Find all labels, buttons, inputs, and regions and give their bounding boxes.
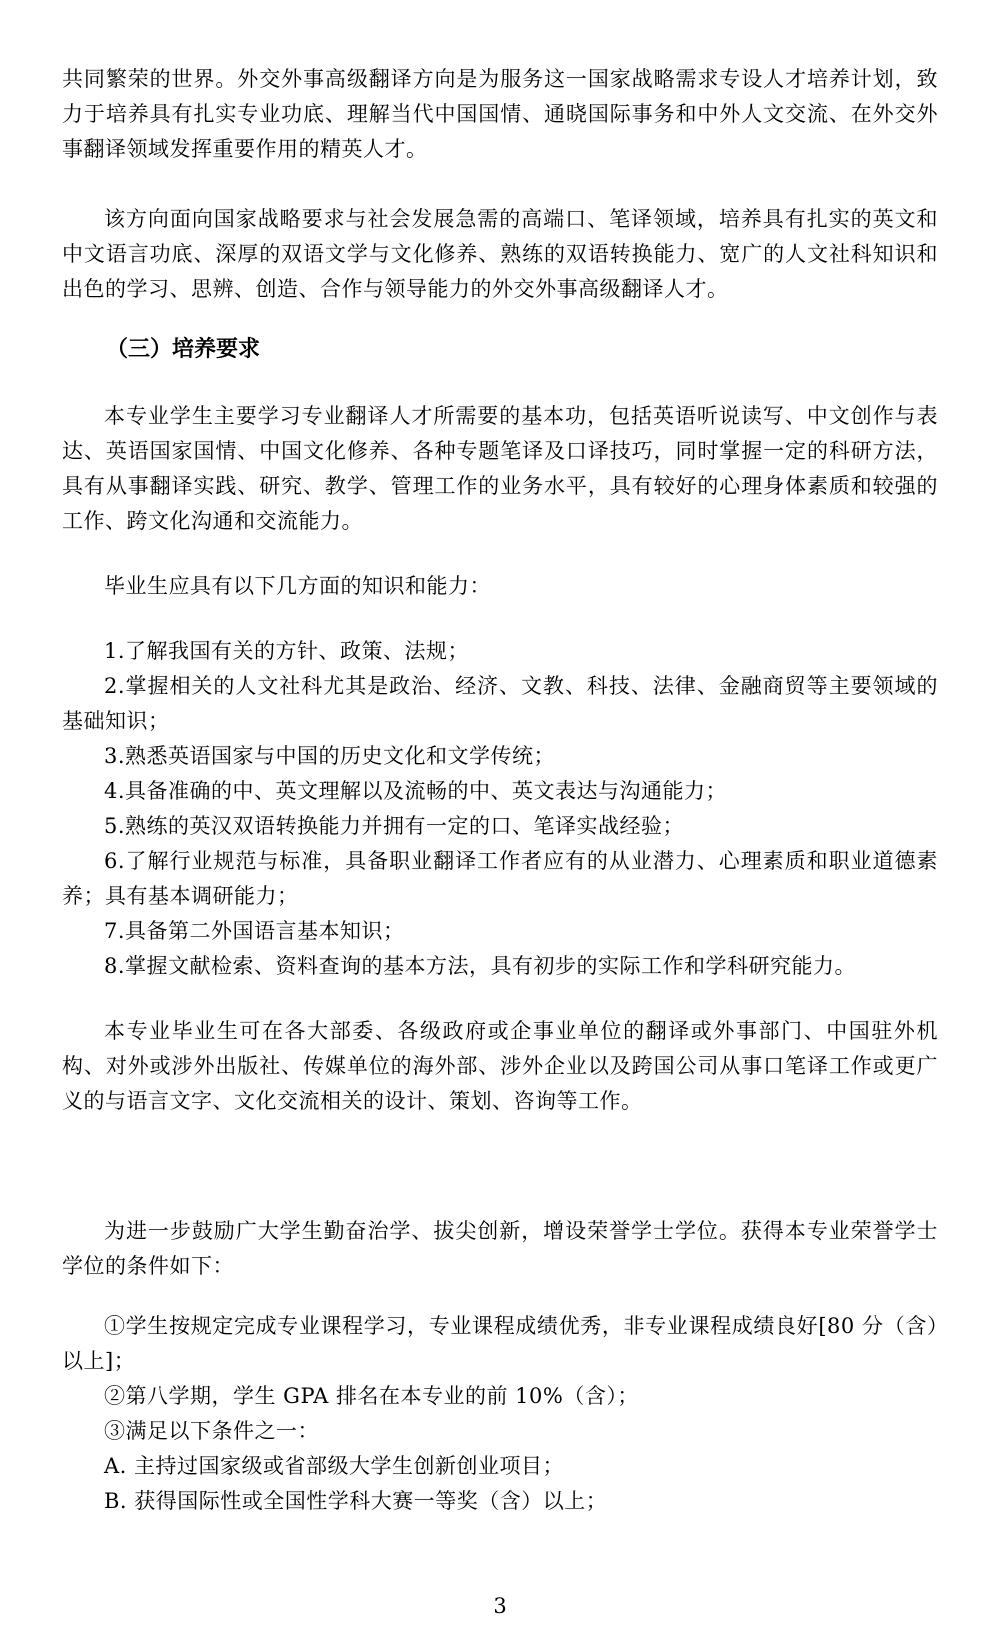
knowledge-item-6: 6.了解行业规范与标准，具备职业翻译工作者应有的从业潜力、心理素质和职业道德素养… (62, 844, 938, 914)
paragraph-basic-skills: 本专业学生主要学习专业翻译人才所需要的基本功，包括英语听说读写、中文创作与表达、… (62, 399, 938, 539)
page-number: 3 (0, 1594, 1000, 1618)
document-page: 共同繁荣的世界。外交外事高级翻译方向是为服务这一国家战略需求专设人才培养计划，致… (0, 0, 1000, 1630)
honor-condition-3: ③满足以下条件之一： (62, 1414, 938, 1449)
paragraph-honor-degree-intro: 为进一步鼓励广大学生勤奋治学、拔尖创新，增设荣誉学士学位。获得本专业荣誉学士学位… (62, 1214, 938, 1284)
honor-degree-conditions-list: ①学生按规定完成专业课程学习，专业课程成绩优秀，非专业课程成绩良好[80 分（含… (62, 1309, 938, 1519)
knowledge-item-3: 3.熟悉英语国家与中国的历史文化和文学传统； (62, 739, 938, 774)
honor-condition-2: ②第八学期，学生 GPA 排名在本专业的前 10%（含）； (62, 1379, 938, 1414)
knowledge-item-2: 2.掌握相关的人文社科尤其是政治、经济、文教、科技、法律、金融商贸等主要领域的基… (62, 669, 938, 739)
paragraph-employment-prospects: 本专业毕业生可在各大部委、各级政府或企事业单位的翻译或外事部门、中国驻外机构、对… (62, 1014, 938, 1119)
knowledge-item-7: 7.具备第二外国语言基本知识； (62, 914, 938, 949)
knowledge-item-4: 4.具备准确的中、英文理解以及流畅的中、英文表达与沟通能力； (62, 774, 938, 809)
knowledge-item-1: 1.了解我国有关的方针、政策、法规； (62, 634, 938, 669)
honor-condition-1: ①学生按规定完成专业课程学习，专业课程成绩优秀，非专业课程成绩良好[80 分（含… (62, 1309, 938, 1379)
paragraph-direction-goal: 该方向面向国家战略要求与社会发展急需的高端口、笔译领域，培养具有扎实的英文和中文… (62, 202, 938, 307)
paragraph-continuation: 共同繁荣的世界。外交外事高级翻译方向是为服务这一国家战略需求专设人才培养计划，致… (62, 62, 938, 167)
section-heading-training-requirements: （三）培养要求 (62, 332, 938, 367)
honor-condition-3a: A. 主持过国家级或省部级大学生创新创业项目； (62, 1449, 938, 1484)
paragraph-graduate-intro: 毕业生应具有以下几方面的知识和能力： (62, 569, 938, 604)
knowledge-ability-list: 1.了解我国有关的方针、政策、法规； 2.掌握相关的人文社科尤其是政治、经济、文… (62, 634, 938, 984)
knowledge-item-5: 5.熟练的英汉双语转换能力并拥有一定的口、笔译实战经验； (62, 809, 938, 844)
honor-condition-3b: B. 获得国际性或全国性学科大赛一等奖（含）以上； (62, 1484, 938, 1519)
knowledge-item-8: 8.掌握文献检索、资料查询的基本方法，具有初步的实际工作和学科研究能力。 (62, 949, 938, 984)
